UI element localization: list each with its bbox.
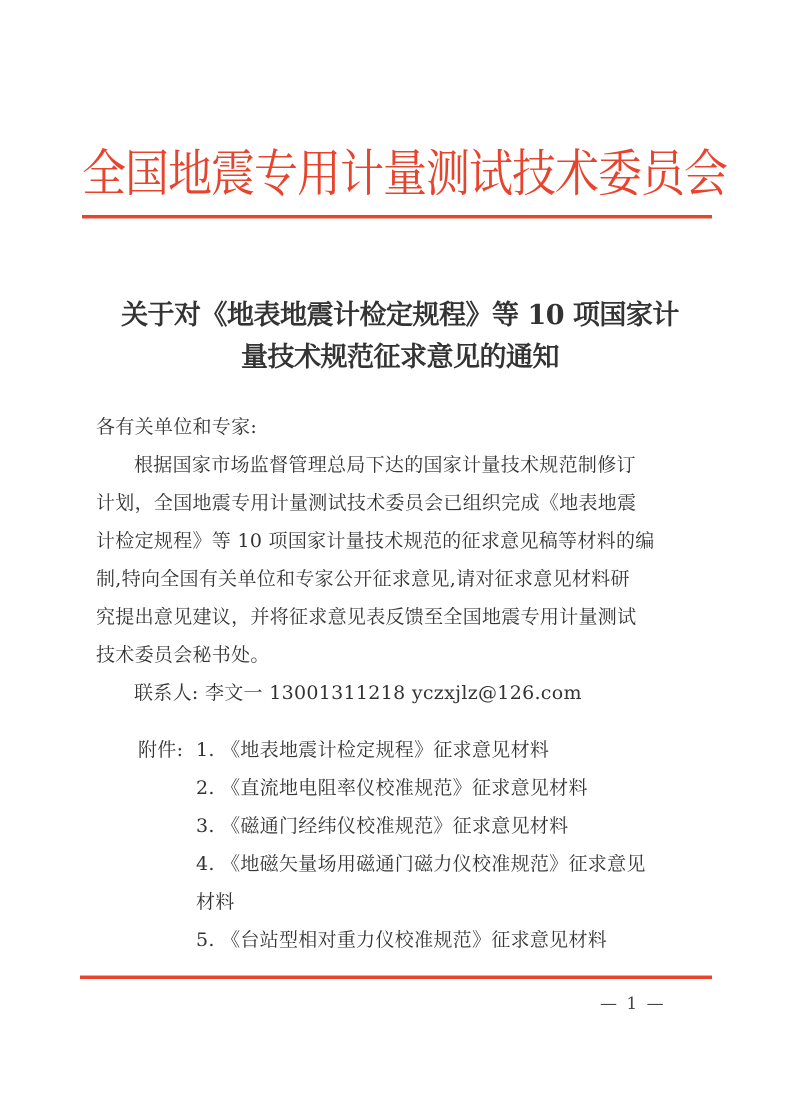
paragraph-line: 究提出意见建议，并将征求意见表反馈至全国地震专用计量测试 (96, 602, 636, 632)
paragraph-line: 制,特向全国有关单位和专家公开征求意见,请对征求意见材料研 (96, 564, 630, 594)
attachment-item: 2. 《直流地电阻率仪校准规范》征求意见材料 (196, 773, 588, 803)
contact-label: 联系人: (134, 682, 199, 704)
page-number: — 1 — (600, 994, 666, 1014)
attachment-item-continuation: 材料 (196, 887, 235, 917)
paragraph-line: 根据国家市场监督管理总局下达的国家计量技术规范制修订 (134, 450, 636, 480)
attachments-label: 附件: (138, 735, 183, 765)
footer-divider (80, 975, 712, 979)
attachment-item: 3. 《磁通门经纬仪校准规范》征求意见材料 (196, 811, 568, 841)
paragraph-line: 技术委员会秘书处。 (96, 640, 270, 670)
contact-email: yczxjlz@126.com (412, 682, 582, 704)
contact-line: 联系人: 李文一 13001311218 yczxjlz@126.com (134, 678, 582, 708)
document-title-line-1: 关于对《地表地震计检定规程》等 10 项国家计 (90, 296, 710, 336)
paragraph-line: 计检定规程》等 10 项国家计量技术规范的征求意见稿等材料的编 (96, 526, 655, 556)
attachment-item: 4. 《地磁矢量场用磁通门磁力仪校准规范》征求意见 (196, 849, 646, 879)
contact-name: 李文一 (205, 682, 263, 704)
contact-phone: 13001311218 (269, 682, 405, 704)
document-title-line-2: 量技术规范征求意见的通知 (90, 338, 710, 378)
organization-masthead: 全国地震专用计量测试技术委员会 (82, 138, 712, 212)
masthead-divider (82, 215, 712, 219)
attachment-item: 1. 《地表地震计检定规程》征求意见材料 (196, 735, 549, 765)
attachment-item: 5. 《台站型相对重力仪校准规范》征求意见材料 (196, 925, 607, 955)
salutation: 各有关单位和专家: (96, 412, 257, 442)
paragraph-line: 计划，全国地震专用计量测试技术委员会已组织完成《地表地震 (96, 488, 636, 518)
